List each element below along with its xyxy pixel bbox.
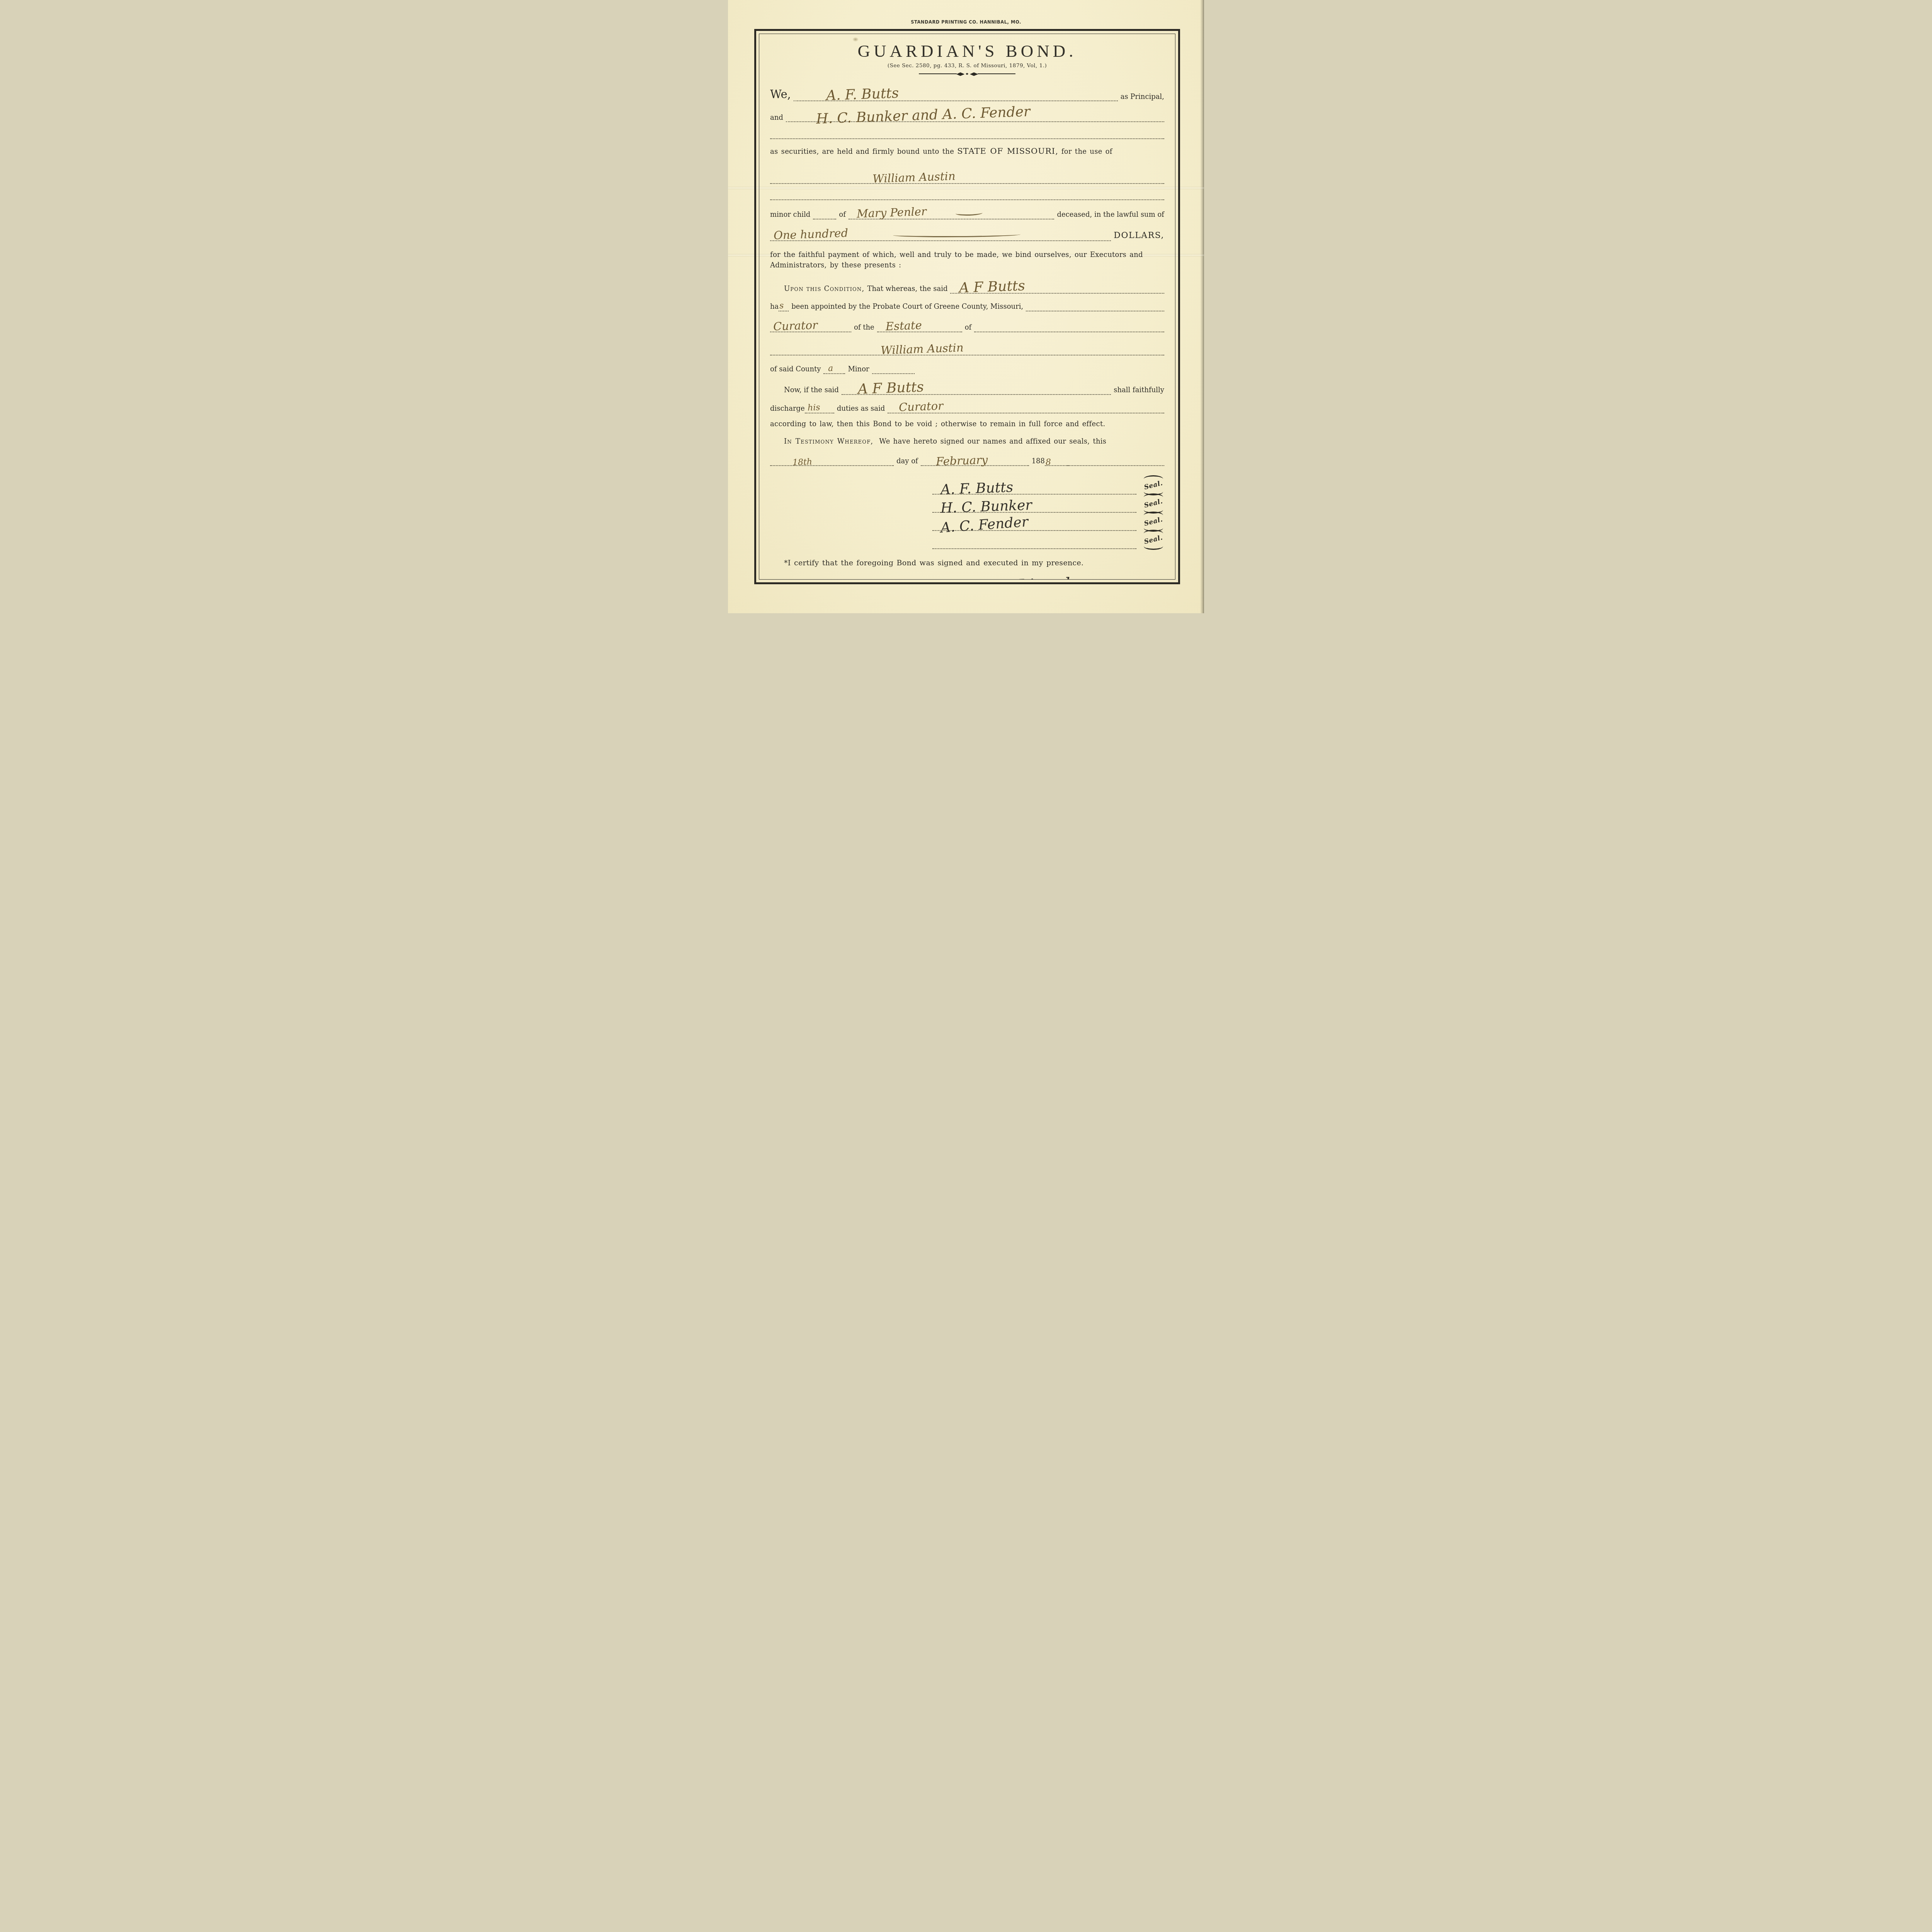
minor-gap-field — [813, 212, 836, 219]
principal-line: We, A. F. Butts as Principal, — [770, 86, 1164, 101]
signature-row: A. F. Butts Seal. — [770, 476, 1164, 495]
faithfully-label: shall faithfully — [1114, 386, 1164, 395]
certification-text: *I certify that the foregoing Bond was s… — [784, 559, 1083, 567]
appointed-line: ha s been appointed by the Probate Court… — [770, 299, 1164, 311]
obligation-text: as securities, are held and firmly bound… — [770, 148, 957, 156]
month-field: February — [921, 458, 1029, 466]
beneficiary-line: William Austin — [770, 168, 1164, 184]
now-line: Now, if the said A F Butts shall faithfu… — [770, 378, 1164, 395]
principal-name-field: A. F. Butts — [794, 94, 1118, 101]
pen-stroke — [956, 211, 983, 216]
printer-imprint: STANDARD PRINTING CO. HANNIBAL, MO. — [728, 19, 1204, 25]
certification-clause: *I certify that the foregoing Bond was s… — [770, 558, 1164, 569]
blank-ruled-line — [770, 192, 1164, 200]
condition-text: That whereas, the said — [867, 285, 947, 294]
diamond-icon: ◆ — [970, 71, 978, 77]
county-label: of said County — [770, 365, 821, 374]
parent-name-field: Mary Penler — [849, 212, 1054, 219]
signature-field-empty — [932, 542, 1136, 549]
ha-label: ha — [770, 303, 779, 311]
role-field: Curator — [770, 325, 851, 332]
testimony-clause: In Testimony Whereof, We have hereto sig… — [770, 436, 1164, 447]
obligation-clause: as securities, are held and firmly bound… — [770, 145, 1164, 158]
day-field: 18th — [770, 458, 894, 466]
testimony-lead: In Testimony Whereof, — [784, 437, 873, 446]
year-handwriting: 8 — [1046, 457, 1051, 468]
of-the-label: of the — [854, 323, 874, 332]
now-lead: Now, if the said — [784, 386, 839, 395]
ward-line: William Austin — [770, 338, 1164, 355]
estate-trailing-field — [974, 325, 1164, 332]
diamond-icon: ◆ — [966, 72, 969, 75]
empty-field — [770, 131, 1164, 139]
signature-handwriting: H. C. Bunker — [940, 497, 1032, 516]
condition-name-field: A F Butts — [950, 286, 1164, 294]
role-line: Curator of the Estate of — [770, 316, 1164, 332]
signature-row: H. C. Bunker Seal. — [770, 495, 1164, 513]
as-principal-label: as Principal, — [1121, 93, 1164, 102]
now-name-field: A F Butts — [842, 387, 1111, 395]
ward-handwriting: William Austin — [880, 341, 964, 358]
role2-field: Curator — [888, 406, 1164, 413]
amount-handwriting: One hundred — [773, 226, 848, 243]
empty-field — [770, 192, 1164, 200]
role-handwriting: Curator — [773, 318, 818, 333]
a-field: a — [823, 366, 845, 374]
judge-signature-handwriting: A W Lincoln — [976, 573, 1082, 580]
a-handwriting: a — [828, 363, 833, 374]
date-trailing-field — [1068, 458, 1164, 466]
appointed-text: been appointed by the Probate Court of G… — [791, 303, 1023, 311]
minor-label: Minor — [848, 365, 869, 374]
ward-field: William Austin — [770, 348, 1164, 355]
principal-name-handwriting: A. F. Butts — [826, 85, 899, 105]
his-handwriting: his — [808, 402, 820, 413]
of-label2: of — [965, 323, 972, 332]
signature-field: H. C. Bunker — [932, 506, 1136, 513]
statute-reference: (See Sec. 2580, pg. 433, R. S. of Missou… — [770, 63, 1164, 69]
scan-edge-shadow — [1200, 0, 1204, 613]
ha-suffix-handwriting: s — [779, 301, 784, 311]
day-handwriting: 18th — [792, 457, 812, 468]
according-clause: according to law, then this Bond to be v… — [770, 419, 1164, 429]
beneficiary-field: William Austin — [770, 176, 1164, 184]
scanned-document-sheet: STANDARD PRINTING CO. HANNIBAL, MO. GUAR… — [728, 0, 1204, 613]
deceased-label: deceased, in the lawful sum of — [1057, 211, 1164, 219]
seal-label: Seal. — [1141, 527, 1167, 552]
decorative-divider: ◆ ◆ ◆ — [919, 71, 1015, 77]
beneficiary-handwriting: William Austin — [872, 169, 956, 186]
amount-line: One hundred DOLLARS, — [770, 227, 1164, 241]
condition-name-handwriting: A F Butts — [959, 277, 1025, 297]
year-field: 8 — [1045, 458, 1068, 466]
ha-suffix-field: s — [779, 304, 789, 311]
minor-child-line: minor child of Mary Penler deceased, in … — [770, 206, 1164, 219]
now-name-handwriting: A F Butts — [857, 378, 924, 398]
estate-field: Estate — [877, 325, 962, 332]
minor-trailing-field — [872, 366, 915, 374]
pen-stroke — [893, 232, 1020, 237]
judge-signature-line: A W Lincoln — [770, 571, 1164, 580]
amount-field: One hundred — [770, 233, 1111, 241]
dollars-label: DOLLARS, — [1114, 230, 1164, 241]
minor-child-label: minor child — [770, 211, 810, 219]
appointed-trailing-field — [1026, 304, 1164, 311]
state-name: STATE OF MISSOURI, — [957, 146, 1058, 156]
obligation-text-end: for the use of — [1058, 148, 1112, 156]
condition-line: Upon this Condition, That whereas, the s… — [770, 277, 1164, 294]
document-border: GUARDIAN'S BOND. (See Sec. 2580, pg. 433… — [754, 29, 1180, 584]
discharge-label: discharge — [770, 405, 805, 413]
document-content: GUARDIAN'S BOND. (See Sec. 2580, pg. 433… — [759, 34, 1175, 580]
role2-handwriting: Curator — [898, 399, 943, 414]
county-line: of said County a Minor — [770, 361, 1164, 374]
diamond-icon: ◆ — [956, 71, 964, 77]
duties-label: duties as said — [837, 405, 885, 413]
seal-ornament: Seal. — [1143, 530, 1164, 550]
document-title: GUARDIAN'S BOND. — [770, 41, 1164, 61]
of-label: of — [839, 211, 846, 219]
his-field: his — [805, 406, 834, 413]
parent-name-handwriting: Mary Penler — [857, 204, 927, 221]
and-label: and — [770, 114, 783, 122]
condition-lead: Upon this Condition, — [784, 285, 864, 294]
discharge-line: discharge his duties as said Curator — [770, 398, 1164, 413]
date-line: 18th day of February 188 8 — [770, 451, 1164, 466]
signature-field: A. C. Fender — [932, 524, 1136, 531]
estate-handwriting: Estate — [885, 318, 922, 334]
securities-name-field: H. C. Bunker and A. C. Fender — [786, 114, 1164, 122]
signature-field: A. F. Butts — [932, 488, 1136, 495]
blank-ruled-line — [770, 131, 1164, 139]
securities-handwriting: H. C. Bunker and A. C. Fender — [816, 103, 1031, 128]
month-handwriting: February — [935, 453, 988, 469]
securities-line: and H. C. Bunker and A. C. Fender — [770, 107, 1164, 122]
testimony-text: We have hereto signed our names and affi… — [879, 437, 1106, 446]
year-printed: 188 — [1032, 457, 1045, 466]
signature-handwriting: A. F. Butts — [940, 479, 1014, 498]
day-of-label: day of — [896, 457, 918, 466]
faithful-payment-clause: for the faithful payment of which, well … — [770, 250, 1164, 270]
we-label: We, — [770, 87, 791, 101]
